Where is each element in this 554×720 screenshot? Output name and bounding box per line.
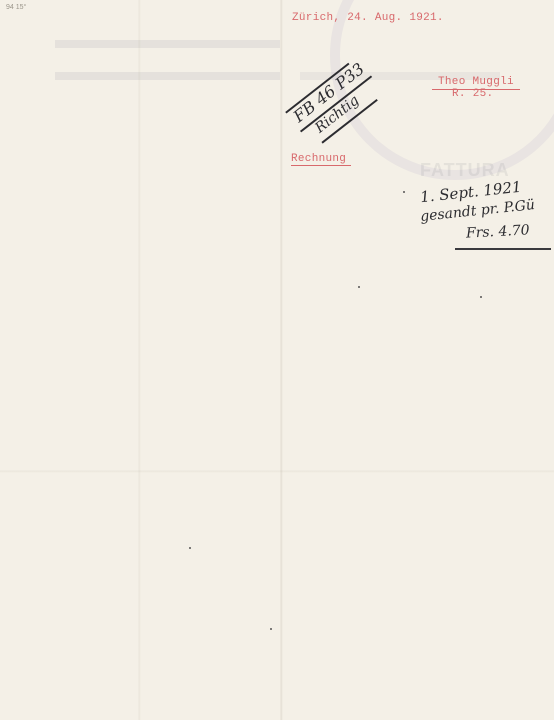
ghost-letterhead-line	[55, 72, 280, 80]
speck	[270, 628, 272, 630]
ghost-factura: FATTURA	[420, 160, 510, 181]
subject-underline	[291, 165, 351, 166]
amount-underline	[455, 248, 551, 250]
speck	[403, 191, 405, 193]
speck	[189, 547, 191, 549]
ghost-letterhead-line	[55, 40, 280, 48]
speck	[358, 286, 360, 288]
document-page: FATTURA 94 15° Zürich, 24. Aug. 1921. Th…	[0, 0, 554, 720]
handwritten-amount: Frs. 4.70	[466, 222, 530, 241]
date-line: Zürich, 24. Aug. 1921.	[292, 12, 444, 24]
pencil-note: 94 15°	[6, 4, 26, 11]
recipient-name: Theo Muggli	[438, 76, 514, 88]
speck	[480, 296, 482, 298]
recipient-room: R. 25.	[452, 88, 493, 100]
